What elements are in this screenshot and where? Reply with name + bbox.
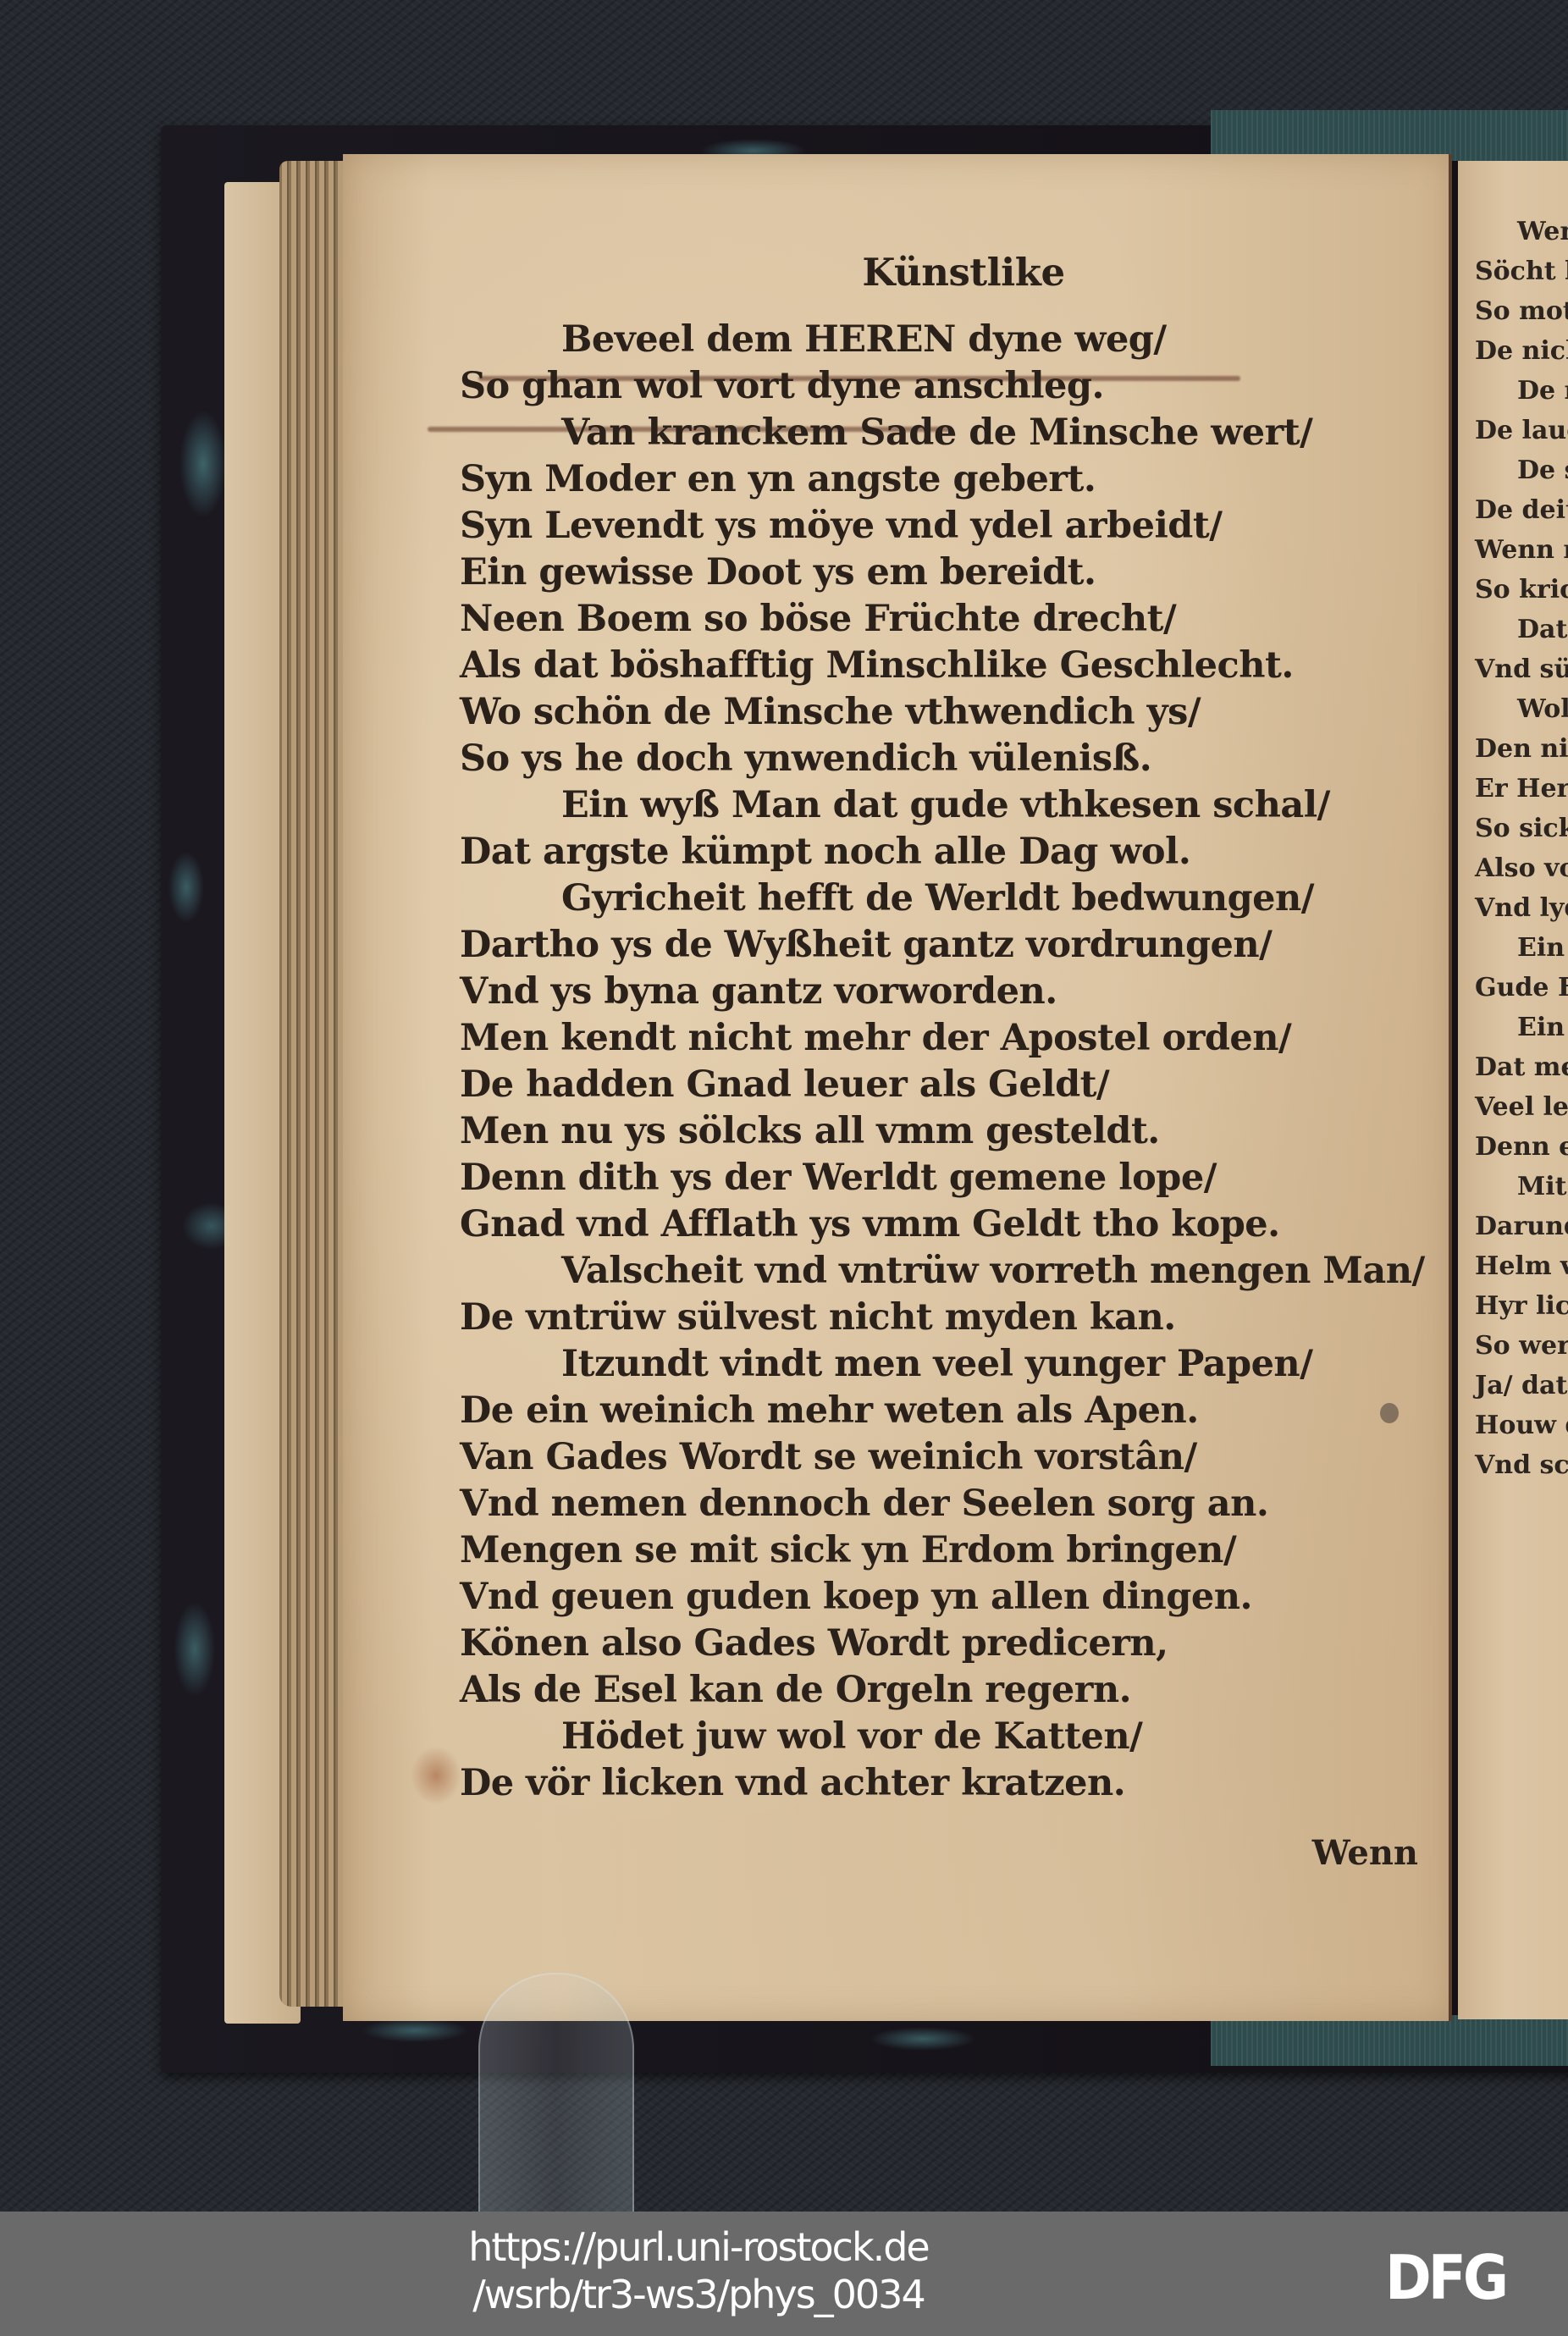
verse-line: De hadden Gnad leuer als Geldt/	[460, 1062, 1433, 1108]
verse-line: Van kranckem Sade de Minsche wert/	[460, 410, 1433, 456]
facing-page-line: Söcht he s	[1475, 251, 1568, 291]
verse-line: Vnd ys byna gantz vorworden.	[460, 969, 1433, 1015]
facing-page-line: Denn einer	[1475, 1127, 1568, 1167]
facing-page-line: Den nimpt	[1475, 729, 1568, 769]
cloth-spine-top	[1211, 110, 1568, 161]
permalink-line-2[interactable]: /wsrb/tr3-ws3/phys_0034	[339, 2271, 1058, 2318]
left-page: Künstlike Beveel dem HEREN dyne weg/So g…	[343, 154, 1452, 2021]
verse-line: Ein wyß Man dat gude vthkesen schal/	[460, 782, 1433, 829]
facing-page-line: De nic	[1475, 371, 1568, 411]
verse-line: Darthо ys de Wyßheit gantz vordrungen/	[460, 922, 1433, 969]
cloth-spine-bottom	[1211, 2015, 1568, 2066]
facing-page-line: De lauer g	[1475, 411, 1568, 450]
ink-stain	[411, 1746, 461, 1805]
verse-line: Vnd geuen guden koep yn allen dingen.	[460, 1574, 1433, 1621]
verse-line: Syn Moder en yn angste gebert.	[460, 456, 1433, 503]
verse-line: Neen Boem so böse Früchte drecht/	[460, 596, 1433, 643]
facing-page-line: Dat y	[1475, 610, 1568, 649]
footer-bar: https://purl.uni-rostock.de /wsrb/tr3-ws…	[0, 2212, 1568, 2336]
verse-line: De vör licken vnd achter kratzen.	[460, 1760, 1433, 1807]
verse-line: Valscheit vnd vntrüw vorreth mengen Man/	[460, 1248, 1433, 1295]
facing-page-line: Wenn	[1475, 212, 1568, 251]
facing-page-text: WennSöcht he sSo moth oDe nicht wDe nicD…	[1475, 212, 1568, 1485]
facing-page-line: Ein	[1475, 928, 1568, 968]
verse-line: Dat argste kümpt noch alle Dag wol.	[460, 829, 1433, 875]
verse-line: Syn Levendt ys möye vnd ydel arbeidt/	[460, 503, 1433, 549]
verse-line: Als de Esel kan de Orgeln regern.	[460, 1667, 1433, 1714]
verse-lines: Beveel dem HEREN dyne weg/So ghan wol vo…	[460, 317, 1433, 1807]
verse-line: Wo schön de Minsche vthwendich ys/	[460, 689, 1433, 736]
verse-line: Ein gewisse Doot ys em bereidt.	[460, 549, 1433, 596]
verse-line: De vntrüw sülvest nicht myden kan.	[460, 1295, 1433, 1341]
verse-line: Könen also Gades Wordt predicern,	[460, 1621, 1433, 1667]
facing-page-line: So sick er	[1475, 809, 1568, 848]
dfg-logo: DFG	[1385, 2242, 1505, 2314]
verse-line: So ghan wol vort dyne anschleg.	[460, 363, 1433, 410]
verse-line: Gnad vnd Afflath ys vmm Geldt tho kope.	[460, 1201, 1433, 1248]
scanned-book-photo: Künstlike Beveel dem HEREN dyne weg/So g…	[0, 0, 1568, 2212]
facing-page-line: Vnd schr	[1475, 1445, 1568, 1485]
facing-page-line: Vnd süth	[1475, 649, 1568, 689]
facing-page-line: Also volg	[1475, 848, 1568, 888]
verse-line: Van Gades Wordt se weinich vorstân/	[460, 1434, 1433, 1481]
facing-page-line: Houw da	[1475, 1405, 1568, 1445]
verse-line: Denn dith ys der Werldt gemene lope/	[460, 1155, 1433, 1201]
glass-page-weight	[478, 1973, 634, 2220]
facing-page-line: So moth o	[1475, 291, 1568, 331]
verse-line: Men kendt nicht mehr der Apostel orden/	[460, 1015, 1433, 1062]
verse-line: Beveel dem HEREN dyne weg/	[460, 317, 1433, 363]
facing-page-line: Er Herte	[1475, 769, 1568, 809]
verse-line: Hödet juw wol vor de Katten/	[460, 1714, 1433, 1760]
facing-page-line: Darunder	[1475, 1207, 1568, 1246]
facing-page-line: Dat menge	[1475, 1047, 1568, 1087]
permalink[interactable]: https://purl.uni-rostock.de /wsrb/tr3-ws…	[339, 2223, 1058, 2318]
verse-line: Als dat böshafftig Minschlike Geschlecht…	[460, 643, 1433, 689]
verse-line: Vnd nemen dennoch der Seelen sorg an.	[460, 1481, 1433, 1527]
verse-line: Gyricheit hefft de Werldt bedwungen/	[460, 875, 1433, 922]
facing-page-line: So kricht h	[1475, 570, 1568, 610]
facing-page-line: De sic	[1475, 450, 1568, 490]
verse-line: De ein weinich mehr weten als Apen.	[460, 1388, 1433, 1434]
facing-page-line: Wol	[1475, 689, 1568, 729]
facing-page-line: Hyr licht	[1475, 1286, 1568, 1326]
facing-page-partial: WennSöcht he sSo moth oDe nicht wDe nicD…	[1458, 161, 1568, 2019]
verse-line: So ys he doch ynwendich vülenisß.	[460, 736, 1433, 782]
verse-line: Itzundt vindt men veel yunger Papen/	[460, 1341, 1433, 1388]
facing-page-line: Helm vnd	[1475, 1246, 1568, 1286]
verse-line: Men nu ys sölcks all vmm gesteldt.	[460, 1108, 1433, 1155]
facing-page-line: Vnd lyde	[1475, 888, 1568, 928]
catchword: Wenn	[1312, 1833, 1418, 1873]
page-gutter	[1449, 154, 1452, 2021]
permalink-line-1[interactable]: https://purl.uni-rostock.de	[339, 2223, 1058, 2271]
page-heading: Künstlike	[460, 247, 1433, 298]
facing-page-line: De nicht w	[1475, 331, 1568, 371]
facing-page-line: Wenn men	[1475, 530, 1568, 570]
facing-page-line: Mit	[1475, 1167, 1568, 1207]
facing-page-line: Ein	[1475, 1008, 1568, 1047]
facing-page-line: So wert	[1475, 1326, 1568, 1366]
verse-line: Mengen se mit sick yn Erdom bringen/	[460, 1527, 1433, 1574]
facing-page-line: De deith of	[1475, 490, 1568, 530]
facing-page-line: Veel leuer	[1475, 1087, 1568, 1127]
facing-page-line: Ja/ dat r	[1475, 1366, 1568, 1405]
page-text: Künstlike Beveel dem HEREN dyne weg/So g…	[460, 247, 1433, 1807]
facing-page-line: Gude Frü	[1475, 968, 1568, 1008]
